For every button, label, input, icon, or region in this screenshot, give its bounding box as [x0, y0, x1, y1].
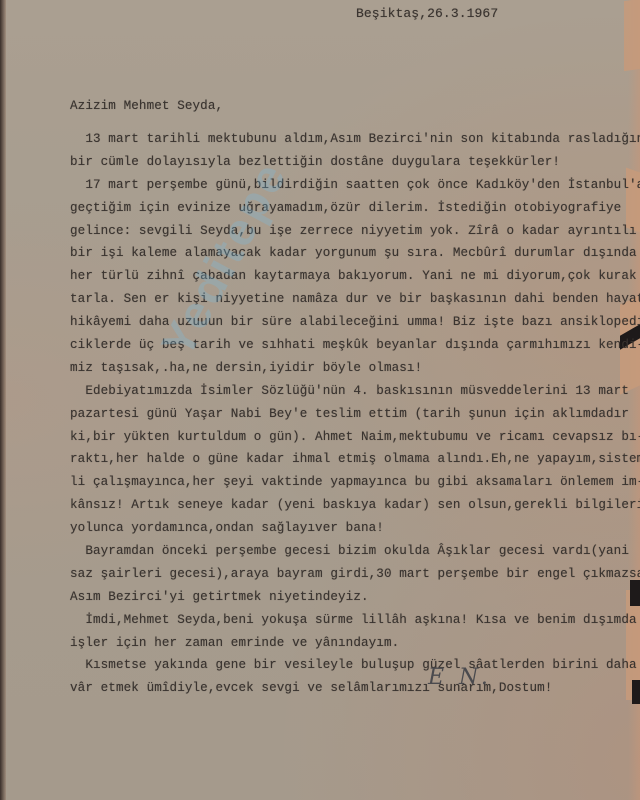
letter-line: kânsız! Artık seneye kadar (yeni baskıya…: [70, 494, 640, 517]
letter-line: ki,bir yükten kurtuldum o gün). Ahmet Na…: [70, 426, 640, 449]
letter-line: bir cümle dolayısıyla bezlettiğin dostân…: [70, 151, 640, 174]
letter-line: miz taşısak,.ha,ne dersin,iyidir böyle o…: [70, 357, 640, 380]
letter-salutation: Azizim Mehmet Seyda,: [70, 99, 223, 113]
letter-line: tarla. Sen er kişi niyyetine namâza dur …: [70, 288, 640, 311]
letter-line: 13 mart tarihli mektubunu aldım,Asım Bez…: [70, 128, 640, 151]
letter-line: yolunca yordamınca,ondan sağlayıver bana…: [70, 517, 640, 540]
letter-line: 17 mart perşembe günü,bildirdiğin saatte…: [70, 174, 640, 197]
letter-line: vâr etmek ümîdiyle,evcek sevgi ve selâml…: [70, 677, 640, 700]
letter-body: 13 mart tarihli mektubunu aldım,Asım Bez…: [70, 128, 640, 700]
letter-page: Beşiktaş,26.3.1967 Azizim Mehmet Seyda, …: [0, 0, 640, 800]
letter-line: saz şairleri gecesi),araya bayram girdi,…: [70, 563, 640, 586]
torn-tape-piece: [624, 0, 640, 71]
letter-line: Kısmetse yakında gene bir vesileyle bulu…: [70, 654, 640, 677]
page-left-edge: [0, 0, 6, 800]
letter-line: gelince: sevgili Seyda,bu işe zerrece ni…: [70, 220, 640, 243]
letter-line: işler için her zaman emrinde ve yânınday…: [70, 632, 640, 655]
letter-line: li çalışmayınca,her şeyi vaktinde yapmay…: [70, 471, 640, 494]
letter-line: Edebiyatımızda İsimler Sözlüğü'nün 4. ba…: [70, 380, 640, 403]
letter-line: raktı,her halde o güne kadar ihmal etmiş…: [70, 448, 640, 471]
signature: E N.: [428, 665, 492, 690]
letter-line: İmdi,Mehmet Seyda,beni yokuşa sürme lill…: [70, 609, 640, 632]
letter-line: Bayramdan önceki perşembe gecesi bizim o…: [70, 540, 640, 563]
letter-line: pazartesi günü Yaşar Nabi Bey'e teslim e…: [70, 403, 640, 426]
letter-line: her türlü zihnî çabadan kaytarmaya bakıy…: [70, 265, 640, 288]
letter-line: bir işi kaleme alamayacak kadar yorgunum…: [70, 242, 640, 265]
letter-line: Asım Bezirci'yi getirtmek niyetindeyiz.: [70, 586, 640, 609]
letter-line: geçtiğim için evinize uğrayamadım,özür d…: [70, 197, 640, 220]
letter-date: Beşiktaş,26.3.1967: [356, 6, 498, 21]
